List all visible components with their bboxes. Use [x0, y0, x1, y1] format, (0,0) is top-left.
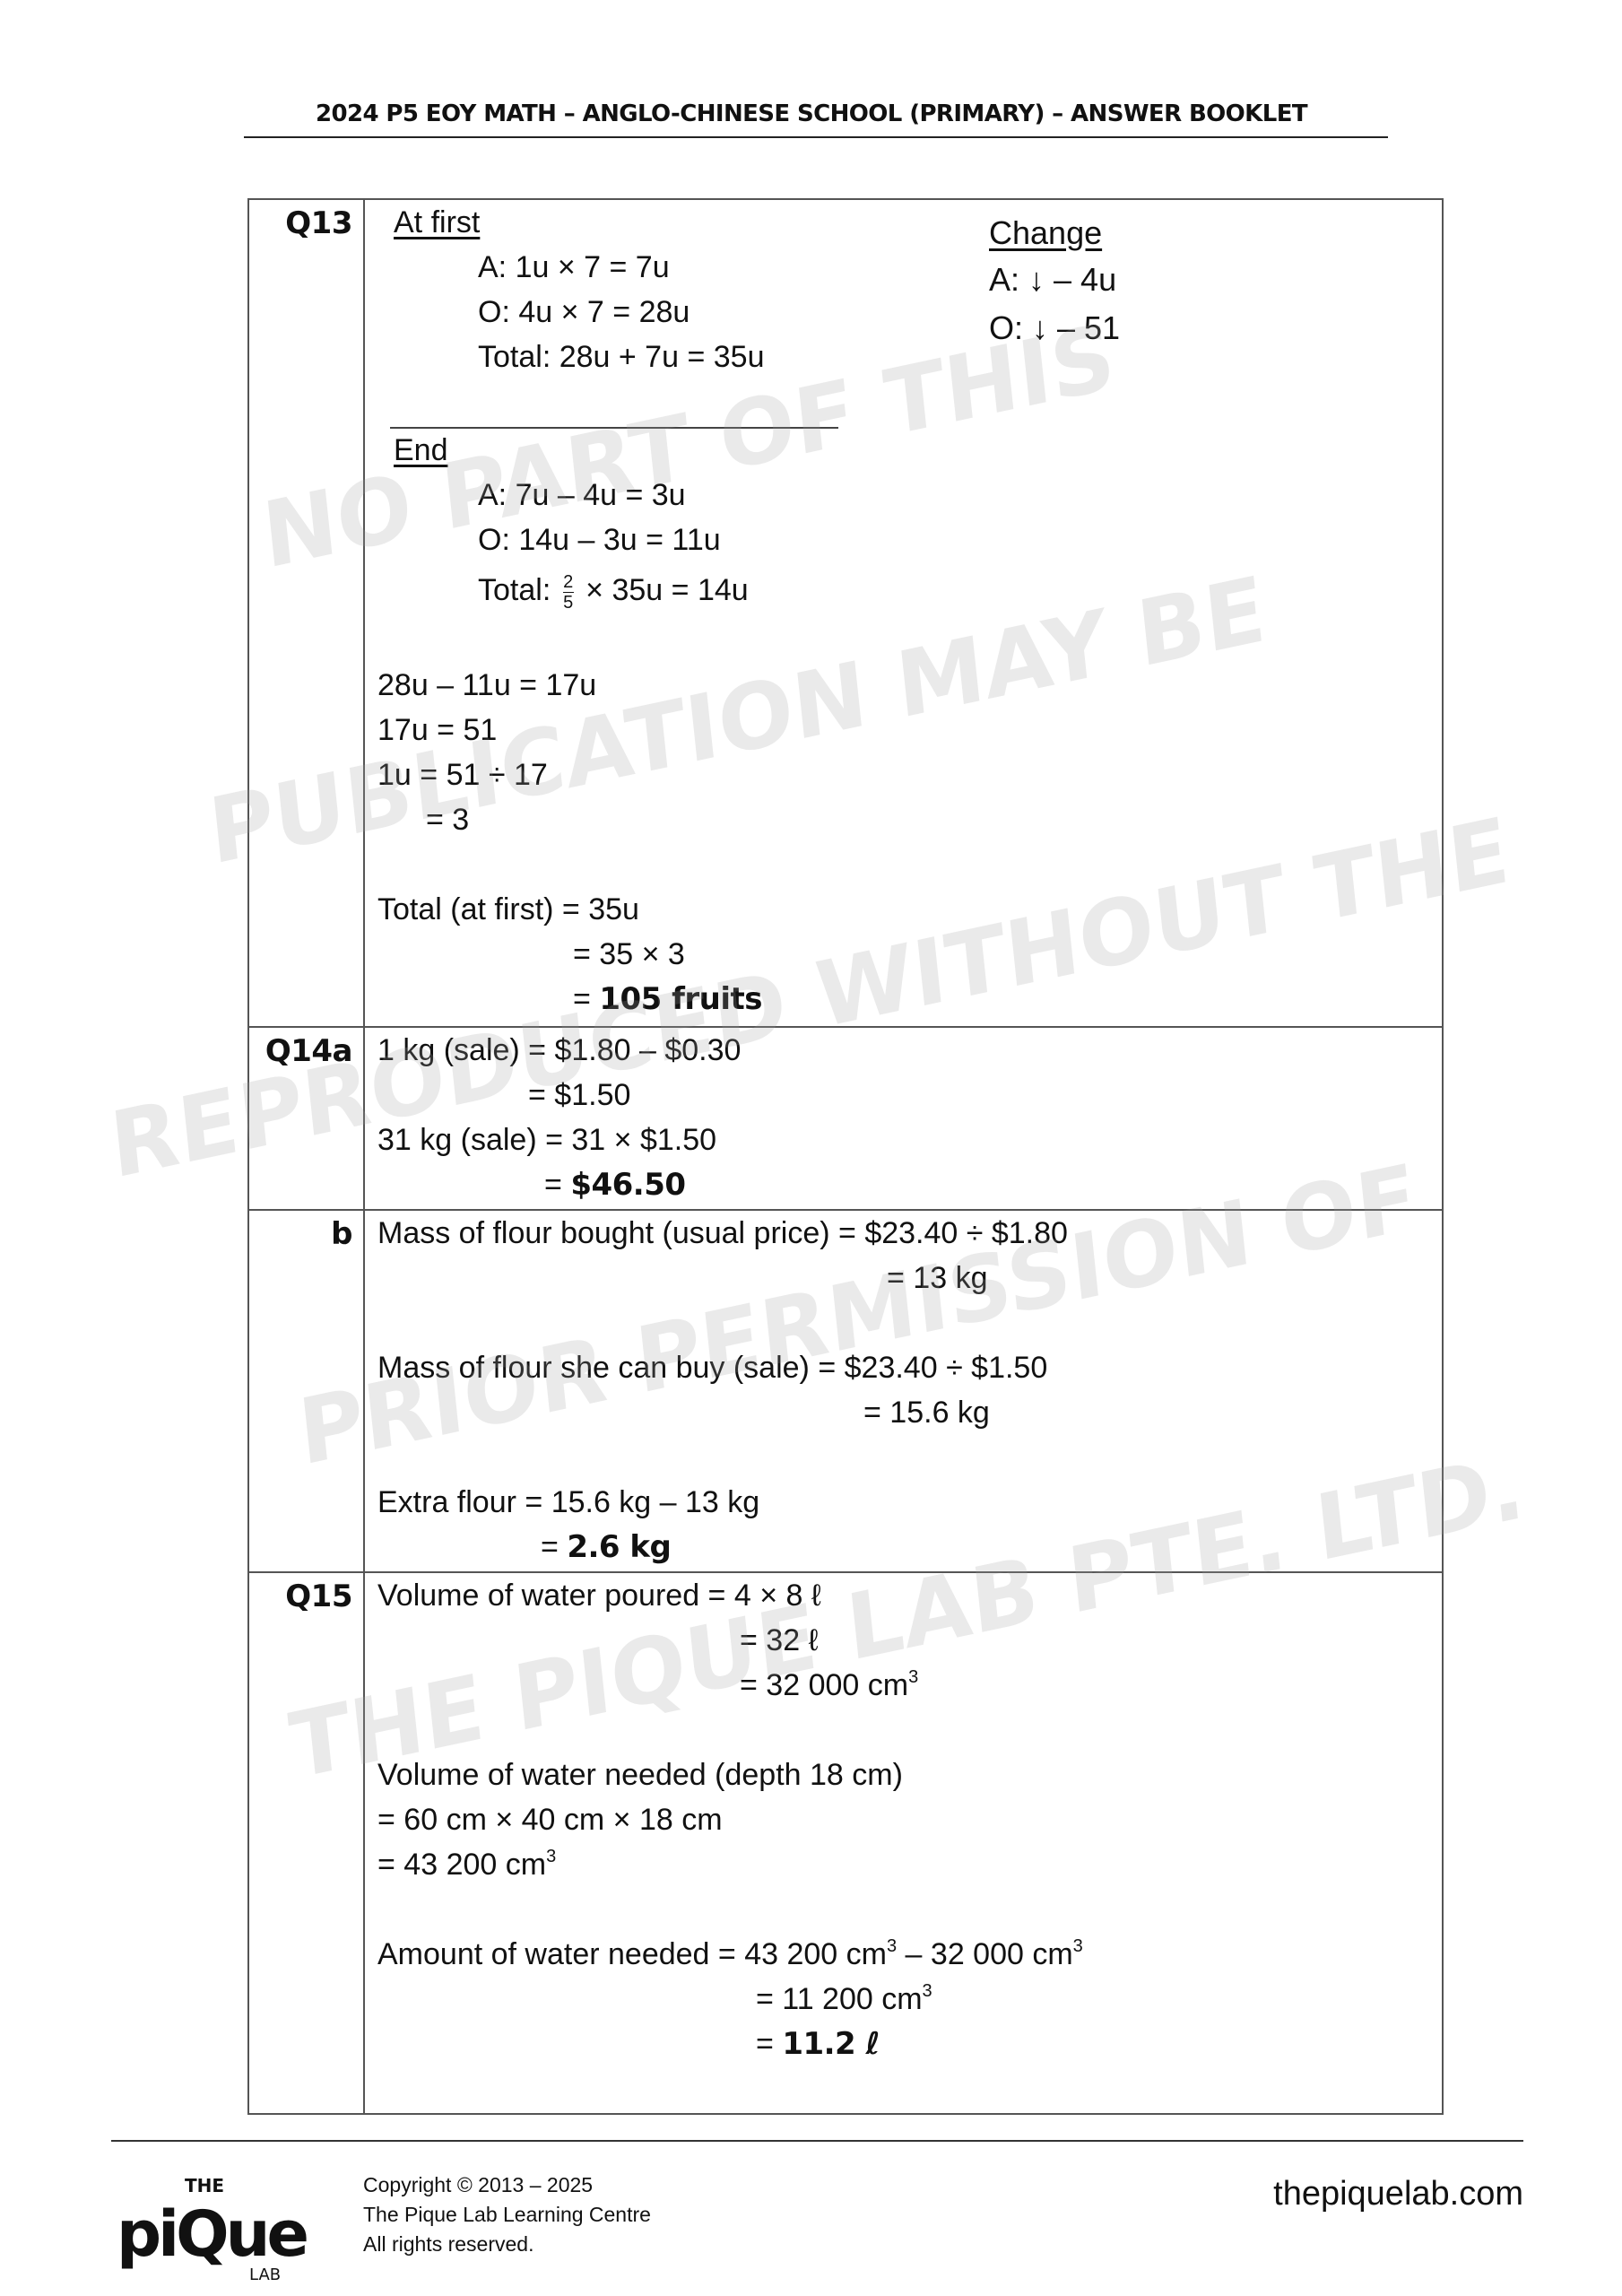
- equals-sign: =: [756, 2027, 774, 2061]
- answer-cell: At first A: 1u × 7 = 7u O: 4u × 7 = 28u …: [365, 200, 1442, 1026]
- working-line: 1u = 51 ÷ 17: [377, 752, 548, 797]
- working-line: 31 kg (sale) = 31 × $1.50: [377, 1118, 716, 1162]
- working-line: = 13 kg: [887, 1256, 987, 1300]
- working-line: = 35 × 3: [573, 932, 685, 977]
- pique-lab-logo: THE piQue LAB: [115, 2170, 330, 2287]
- answer-table: Q13 At first A: 1u × 7 = 7u O: 4u × 7 = …: [247, 198, 1444, 2115]
- header-rule: [244, 136, 1388, 138]
- final-answer-line: = 105 fruits: [573, 977, 762, 1022]
- end-heading: End: [394, 428, 448, 473]
- working-line: = 11 200 cm3: [756, 1977, 932, 2022]
- working-line: = 60 cm × 40 cm × 18 cm: [377, 1797, 723, 1842]
- question-label: Q14a: [249, 1028, 365, 1209]
- final-answer-line: = 11.2 ℓ: [756, 2022, 880, 2066]
- working-line: A: ↓ – 4u: [989, 257, 1116, 302]
- question-label: Q13: [249, 200, 365, 1026]
- total-prefix: Total:: [478, 573, 551, 607]
- answer-cell: Mass of flour bought (usual price) = $23…: [365, 1211, 1442, 1571]
- working-line: 17u = 51: [377, 708, 497, 752]
- working-line: = $1.50: [528, 1073, 630, 1118]
- svg-text:LAB: LAB: [249, 2266, 281, 2284]
- working-line: Total (at first) = 35u: [377, 887, 639, 932]
- svg-text:THE: THE: [185, 2175, 224, 2196]
- final-answer: $46.50: [570, 1167, 685, 1203]
- working-line: = 32 ℓ: [740, 1618, 819, 1663]
- working-line: O: ↓ – 51: [989, 306, 1120, 351]
- answer-row-q14b: b Mass of flour bought (usual price) = $…: [249, 1209, 1442, 1571]
- answer-row-q15: Q15 Volume of water poured = 4 × 8 ℓ = 3…: [249, 1571, 1442, 2113]
- question-label: b: [249, 1211, 365, 1571]
- working-line: = 15.6 kg: [863, 1390, 990, 1435]
- total-suffix: × 35u = 14u: [585, 573, 749, 607]
- working-line: O: 14u – 3u = 11u: [478, 517, 721, 562]
- working-line: A: 1u × 7 = 7u: [478, 245, 670, 290]
- final-answer: 2.6 kg: [567, 1529, 671, 1565]
- equals-sign: =: [541, 1530, 559, 1564]
- final-answer-line: = $46.50: [544, 1162, 686, 1207]
- answer-cell: 1 kg (sale) = $1.80 – $0.30 = $1.50 31 k…: [365, 1028, 1442, 1209]
- copyright-block: Copyright © 2013 – 2025 The Pique Lab Le…: [363, 2170, 651, 2259]
- working-line: Volume of water poured = 4 × 8 ℓ: [377, 1573, 821, 1618]
- footer-rule: [111, 2140, 1523, 2142]
- website-link[interactable]: thepiquelab.com: [1273, 2175, 1523, 2213]
- working-line: = 32 000 cm3: [740, 1663, 918, 1708]
- svg-text:piQue: piQue: [117, 2197, 307, 2271]
- section-divider: [390, 427, 838, 429]
- change-heading: Change: [989, 211, 1102, 256]
- fraction-denominator: 5: [563, 594, 574, 612]
- working-line: 28u – 11u = 17u: [377, 663, 596, 708]
- working-line: Extra flour = 15.6 kg – 13 kg: [377, 1480, 759, 1525]
- question-label: Q15: [249, 1573, 365, 2113]
- answer-cell: Volume of water poured = 4 × 8 ℓ = 32 ℓ …: [365, 1573, 1442, 2113]
- copyright-line: Copyright © 2013 – 2025: [363, 2170, 651, 2200]
- working-line: Amount of water needed = 43 200 cm3 – 32…: [377, 1932, 1083, 1977]
- working-line: = 43 200 cm3: [377, 1842, 556, 1887]
- working-line: A: 7u – 4u = 3u: [478, 473, 686, 517]
- final-answer-line: = 2.6 kg: [541, 1525, 671, 1570]
- answer-row-q14a: Q14a 1 kg (sale) = $1.80 – $0.30 = $1.50…: [249, 1026, 1442, 1209]
- working-line: Volume of water needed (depth 18 cm): [377, 1752, 903, 1797]
- equals-sign: =: [573, 982, 591, 1016]
- working-line: O: 4u × 7 = 28u: [478, 290, 690, 335]
- copyright-line: The Pique Lab Learning Centre: [363, 2200, 651, 2230]
- working-line: Total: 28u + 7u = 35u: [478, 335, 764, 379]
- working-line: 1 kg (sale) = $1.80 – $0.30: [377, 1028, 741, 1073]
- page-header-title: 2024 P5 EOY MATH – ANGLO-CHINESE SCHOOL …: [244, 100, 1379, 127]
- working-line: = 3: [426, 797, 469, 842]
- working-line: Total: 2 5 × 35u = 14u: [478, 568, 749, 613]
- copyright-line: All rights reserved.: [363, 2230, 651, 2259]
- working-line: Mass of flour she can buy (sale) = $23.4…: [377, 1345, 1047, 1390]
- fraction: 2 5: [563, 573, 574, 612]
- final-answer: 11.2 ℓ: [782, 2026, 880, 2062]
- working-line: Mass of flour bought (usual price) = $23…: [377, 1211, 1068, 1256]
- at-first-heading: At first: [394, 200, 480, 245]
- fraction-numerator: 2: [563, 573, 574, 591]
- answer-row-q13: Q13 At first A: 1u × 7 = 7u O: 4u × 7 = …: [249, 200, 1442, 1026]
- equals-sign: =: [544, 1168, 562, 1202]
- final-answer: 105 fruits: [599, 981, 762, 1017]
